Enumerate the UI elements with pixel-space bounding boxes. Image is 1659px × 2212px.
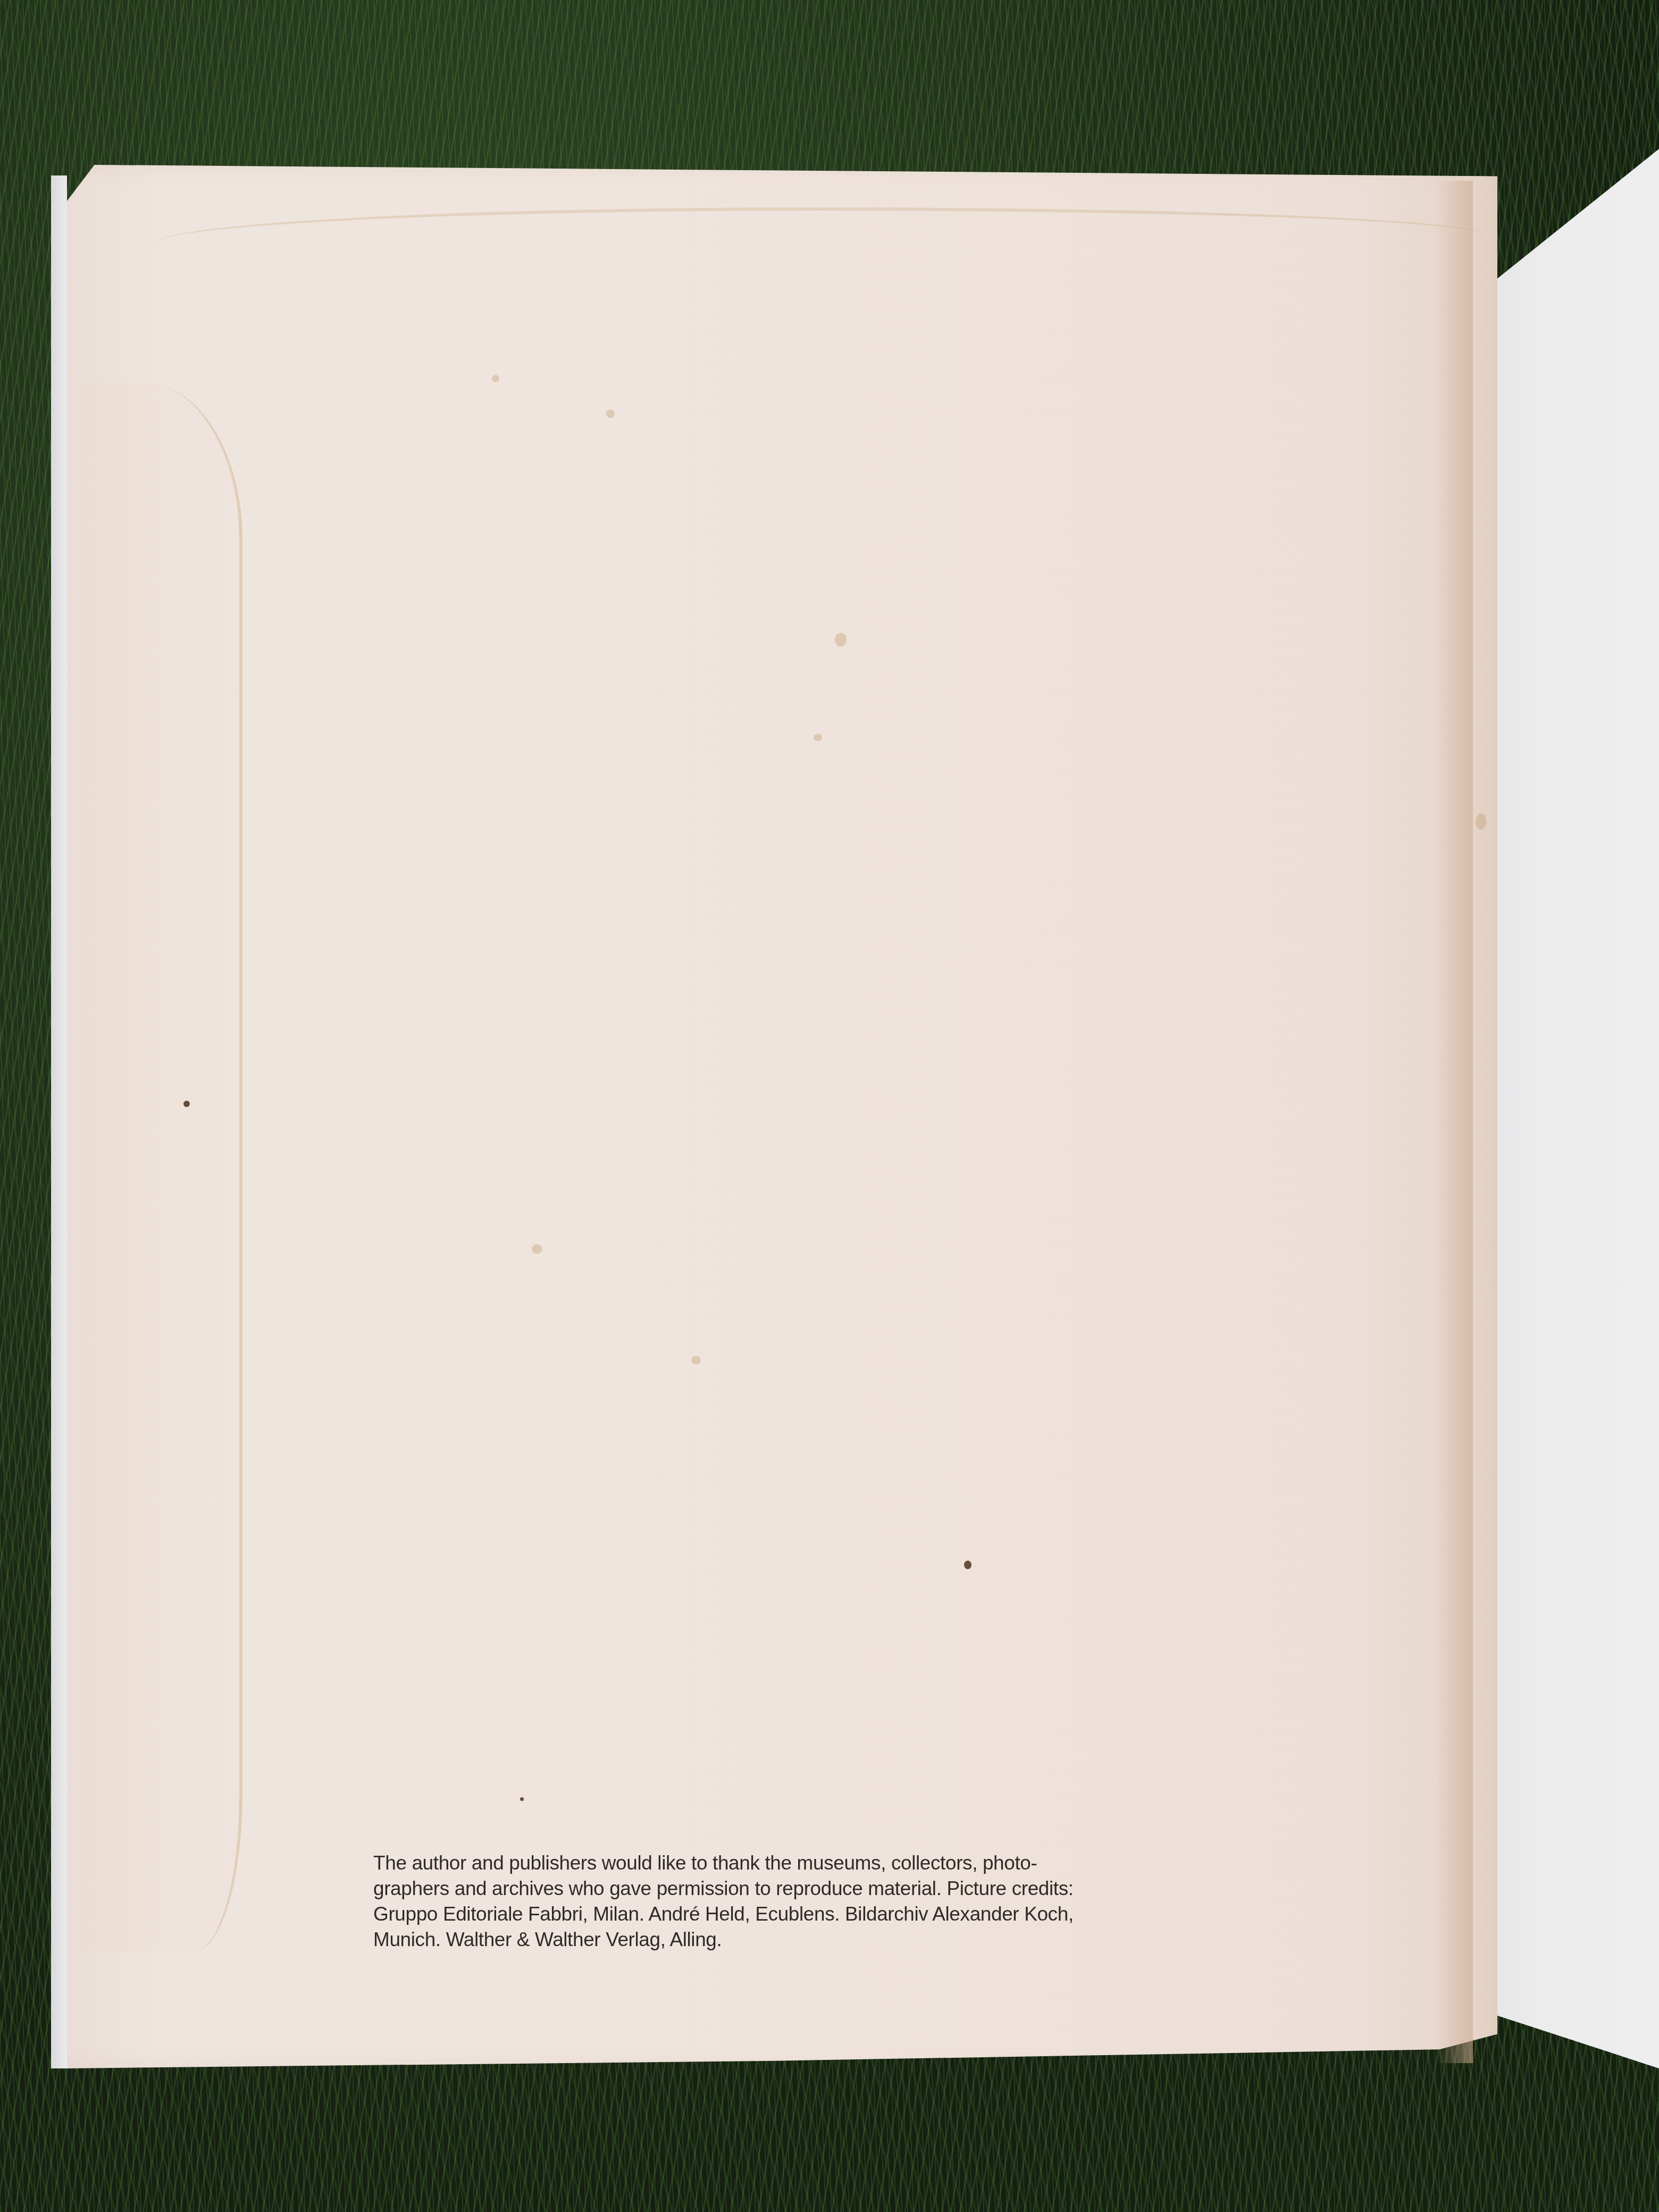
credits-line-3: Gruppo Editoriale Fabbri, Milan. André H…: [373, 1901, 1213, 1927]
stain-spot: [532, 1244, 542, 1254]
stain-spot: [1476, 814, 1486, 829]
credits-line-4: Munich. Walther & Walther Verlag, Alling…: [373, 1927, 1213, 1953]
stain-spot: [835, 633, 847, 647]
ink-dot: [964, 1561, 971, 1569]
stain-spot: [492, 375, 499, 382]
ink-dot: [183, 1101, 190, 1107]
credits-line-2: graphers and archives who gave permissio…: [373, 1876, 1213, 1901]
stain-spot: [691, 1356, 701, 1364]
stain-spot: [606, 409, 615, 418]
left-page: [51, 165, 1497, 2068]
ink-dot: [520, 1797, 524, 1801]
stain-spot: [814, 734, 822, 741]
page-edge: [51, 175, 67, 2068]
credits-line-1: The author and publishers would like to …: [373, 1850, 1213, 1876]
book-gutter: [1436, 181, 1473, 2063]
water-stain-left: [80, 383, 242, 1951]
picture-credits: The author and publishers would like to …: [373, 1850, 1213, 1953]
